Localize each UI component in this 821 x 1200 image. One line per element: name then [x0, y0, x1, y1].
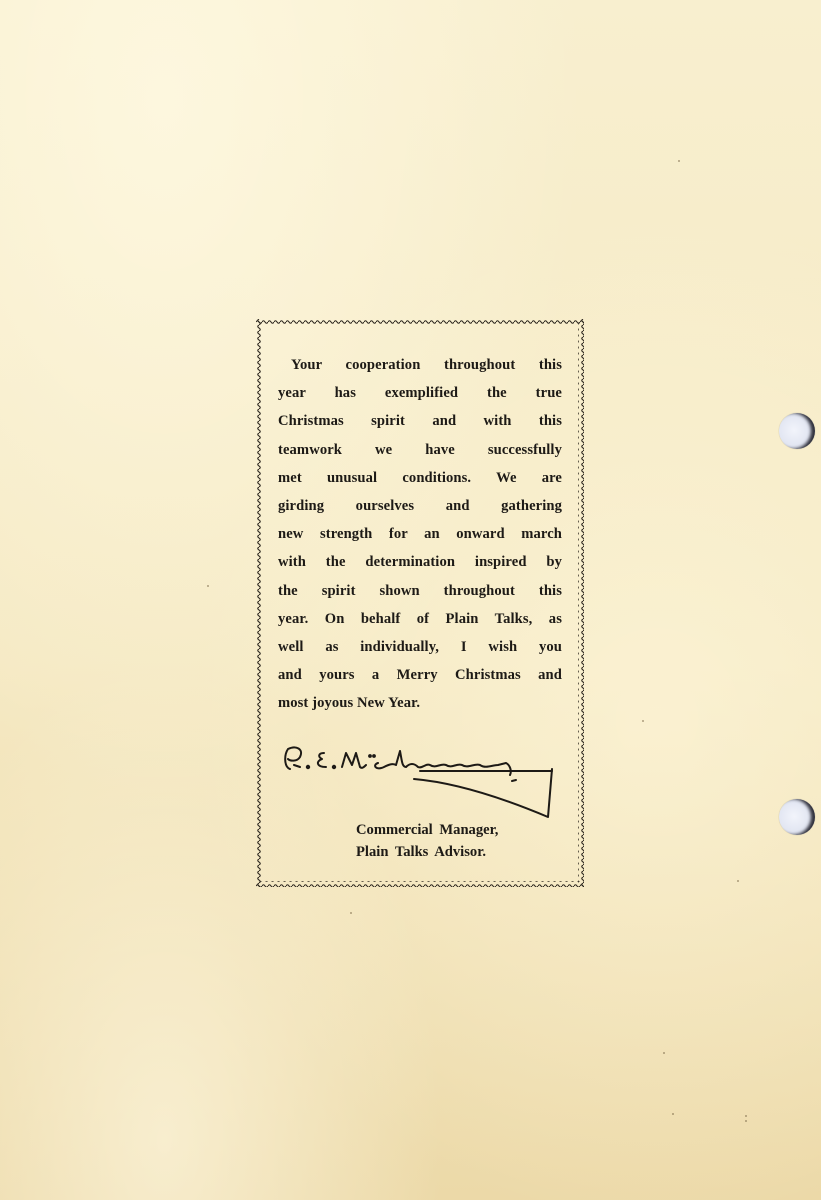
paper-speck	[663, 1052, 665, 1054]
message-line: with the determination inspired by	[278, 548, 562, 576]
paper-speck	[350, 912, 352, 914]
message-line: year has exemplified the true	[278, 379, 562, 407]
paper-speck	[678, 160, 680, 162]
message-line: most joyous New Year.	[278, 689, 562, 717]
paper-speck	[745, 1115, 747, 1117]
punch-hole-icon	[779, 413, 815, 449]
paper-speck	[207, 585, 209, 587]
signatory-title: Commercial Manager, Plain Talks Advisor.	[356, 819, 498, 863]
paper-speck	[745, 1120, 747, 1122]
message-line: the spirit shown throughout this	[278, 577, 562, 605]
paper-speck	[672, 1113, 674, 1115]
greeting-card: Your cooperation throughout this year ha…	[256, 319, 584, 887]
paper-speck	[642, 720, 644, 722]
punch-hole-icon	[779, 799, 815, 835]
handwritten-signature	[280, 743, 570, 825]
message-line: well as individually, I wish you	[278, 633, 562, 661]
message-line: and yours a Merry Christmas and	[278, 661, 562, 689]
signatory-title-line-1: Commercial Manager,	[356, 819, 498, 841]
message-line: year. On behalf of Plain Talks, as	[278, 605, 562, 633]
message-line: Your cooperation throughout this	[278, 351, 562, 379]
message-line: teamwork we have successfully	[278, 436, 562, 464]
message-line: Christmas spirit and with this	[278, 407, 562, 435]
message-line: new strength for an onward march	[278, 520, 562, 548]
message-line: met unusual conditions. We are	[278, 464, 562, 492]
greeting-message: Your cooperation throughout this year ha…	[278, 351, 562, 717]
signatory-title-line-2: Plain Talks Advisor.	[356, 841, 498, 863]
paper-speck	[737, 880, 739, 882]
message-line: girding ourselves and gathering	[278, 492, 562, 520]
